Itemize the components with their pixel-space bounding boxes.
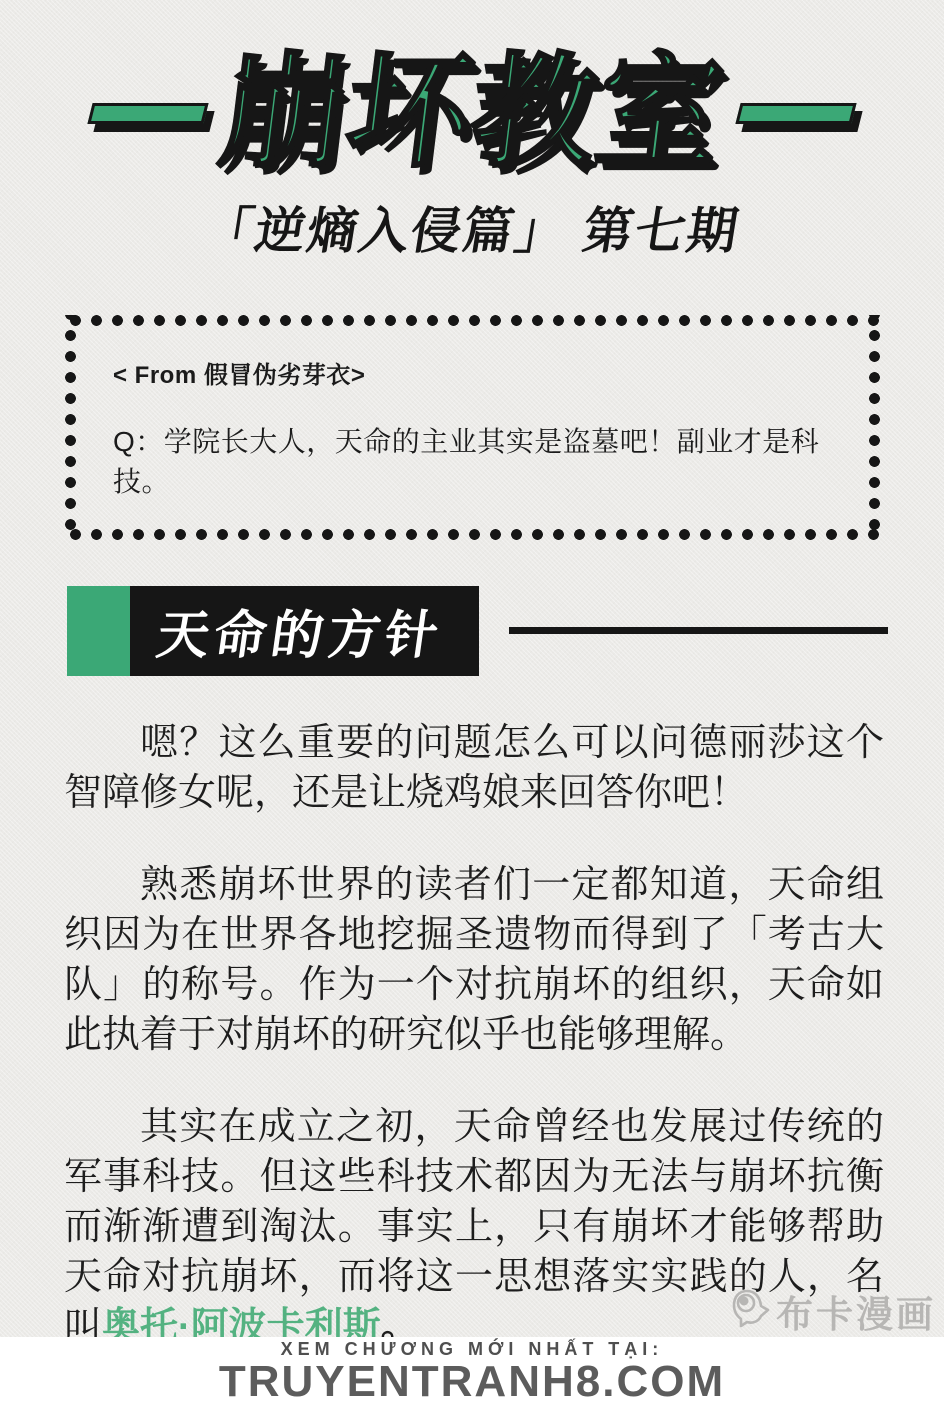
- footer-site-name: TRUYENTRANH8.COM: [219, 1360, 725, 1404]
- section-black-box: 天命的方针: [130, 586, 479, 676]
- article-body: 嗯？这么重要的问题怎么可以问德丽莎这个智障修女呢，还是让烧鸡娘来回答你吧！ 熟悉…: [64, 718, 884, 1352]
- section-header: 天命的方针: [67, 586, 888, 676]
- title-dash-right: [735, 103, 856, 124]
- section-green-accent: [67, 586, 130, 676]
- footer-bar: XEM CHƯƠNG MỚI NHẤT TẠI: TRUYENTRANH8.CO…: [0, 1337, 944, 1406]
- publisher-watermark: 布卡漫画: [731, 1284, 936, 1338]
- section-heading-text: 天命的方针: [153, 593, 449, 668]
- question-from-line: < From 假冒伪劣芽衣>: [113, 355, 836, 390]
- buka-mascot-icon: [731, 1288, 771, 1335]
- page-title-text: 崩坏教室: [213, 44, 730, 183]
- article-paragraph-1: 嗯？这么重要的问题怎么可以问德丽莎这个智障修女呢，还是让烧鸡娘来回答你吧！: [64, 718, 884, 818]
- title-dash-left: [87, 103, 208, 124]
- page-subtitle-text: 「逆熵入侵篇」 第七期: [198, 191, 745, 263]
- paper-background: 崩坏教室 「逆熵入侵篇」 第七期 < From 假冒伪劣芽衣> Q：学院长大人，…: [0, 0, 944, 1337]
- section-divider-line: [509, 627, 888, 634]
- question-box: < From 假冒伪劣芽衣> Q：学院长大人，天命的主业其实是盗墓吧！副业才是科…: [65, 315, 880, 540]
- article-paragraph-2: 熟悉崩坏世界的读者们一定都知道，天命组织因为在世界各地挖掘圣遗物而得到了「考古大…: [64, 860, 884, 1060]
- section-header-box: 天命的方针: [67, 586, 479, 676]
- page-title: 崩坏教室: [0, 0, 944, 183]
- watermark-label: 布卡漫画: [776, 1284, 936, 1338]
- question-text: Q：学院长大人，天命的主业其实是盗墓吧！副业才是科技。: [113, 420, 836, 500]
- comic-info-page: 崩坏教室 「逆熵入侵篇」 第七期 < From 假冒伪劣芽衣> Q：学院长大人，…: [0, 0, 944, 1406]
- page-subtitle: 「逆熵入侵篇」 第七期: [0, 191, 944, 263]
